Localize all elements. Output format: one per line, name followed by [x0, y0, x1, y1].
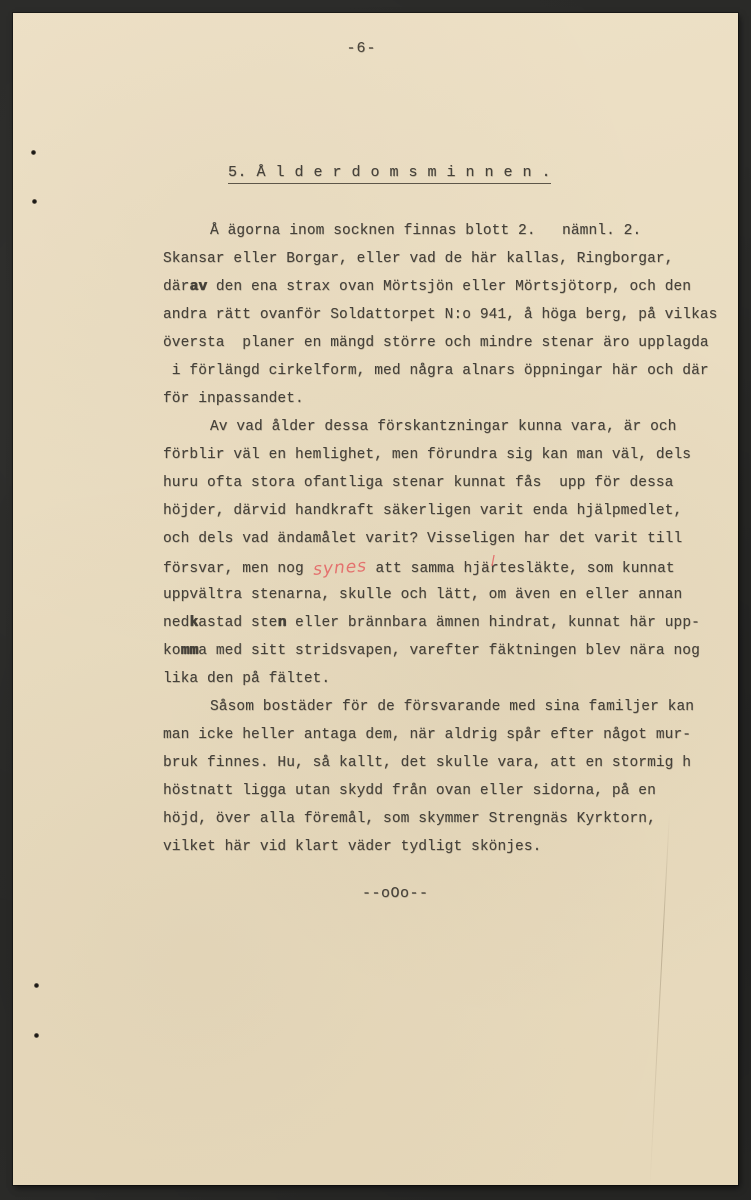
typed-text: förblir väl en hemlighet, men förundra s…: [163, 447, 691, 463]
typed-line: Av vad ålder dessa förskantzningar kunna…: [163, 413, 723, 441]
typed-text: andra rätt ovanför Soldattorpet N:o 941,…: [163, 307, 718, 323]
typed-line: bruk finnes. Hu, så kallt, det skulle va…: [163, 749, 723, 777]
typed-text: astad ste: [198, 615, 277, 631]
typed-text: av: [189, 279, 207, 295]
typed-line: höstnatt ligga utan skydd från ovan elle…: [163, 777, 723, 805]
typed-line: höjd, över alla föremål, som skymmer Str…: [163, 805, 723, 833]
typed-line: förblir väl en hemlighet, men förundra s…: [163, 441, 723, 469]
typed-line: i förlängd cirkelform, med några alnars …: [163, 357, 723, 385]
typed-line: Skansar eller Borgar, eller vad de här k…: [163, 245, 723, 273]
typed-line: andra rätt ovanför Soldattorpet N:o 941,…: [163, 301, 723, 329]
paper-crease: [649, 813, 670, 1193]
typed-text: k: [189, 615, 198, 631]
typed-line: Såsom bostäder för de försvarande med si…: [163, 693, 723, 721]
typed-text: höjder, därvid handkraft säkerligen vari…: [163, 503, 682, 519]
typed-text: där: [163, 279, 189, 295]
ink-dot: [34, 983, 39, 988]
typed-text: eller brännbara ämnen hindrat, kunnat hä…: [286, 615, 700, 631]
typed-line: och dels vad ändamålet varit? Visseligen…: [163, 525, 723, 553]
typed-text: vilket här vid klart väder tydligt skönj…: [163, 839, 541, 855]
typed-text: a med sitt stridsvapen, varefter fäktnin…: [198, 643, 700, 659]
typed-text: tesläkte, som kunnat: [499, 561, 675, 577]
typed-text: man icke heller antaga dem, när aldrig s…: [163, 727, 691, 743]
typed-line: uppvältra stenarna, skulle och lätt, om …: [163, 581, 723, 609]
typed-line: komma med sitt stridsvapen, varefter fäk…: [163, 637, 723, 665]
typed-text: ned: [163, 615, 189, 631]
typed-text: Såsom bostäder för de försvarande med si…: [210, 699, 694, 715]
ink-dot: [31, 150, 36, 155]
typed-line: försvar, men nog synes att samma hjärlte…: [163, 553, 723, 581]
typed-line: därav den ena strax ovan Mörtsjön eller …: [163, 273, 723, 301]
typed-text: för inpassandet.: [163, 391, 304, 407]
document-page: -6- 5. Å l d e r d o m s m i n n e n . Å…: [13, 13, 738, 1185]
typed-text: höjd, över alla föremål, som skymmer Str…: [163, 811, 656, 827]
typed-text: att samma hjä: [367, 561, 490, 577]
typed-line: lika den på fältet.: [163, 665, 723, 693]
typed-text: uppvältra stenarna, skulle och lätt, om …: [163, 587, 682, 603]
typed-line: höjder, därvid handkraft säkerligen vari…: [163, 497, 723, 525]
scan-background: { "colors": { "background": "#2a2a28", "…: [0, 0, 751, 1200]
typed-text: Skansar eller Borgar, eller vad de här k…: [163, 251, 673, 267]
typed-text: mm: [181, 643, 199, 659]
handwritten-annotation: synes: [312, 552, 368, 584]
typed-text: huru ofta stora ofantliga stenar kunnat …: [163, 475, 673, 491]
ink-dot: [34, 1033, 39, 1038]
typed-text: den ena strax ovan Mörtsjön eller Mörtsj…: [207, 279, 691, 295]
typed-text: rl: [490, 555, 499, 583]
typed-line: huru ofta stora ofantliga stenar kunnat …: [163, 469, 723, 497]
page-number: -6-: [0, 40, 724, 57]
typed-text: Å ägorna inom socknen finnas blott 2. nä…: [210, 223, 641, 239]
typed-line: man icke heller antaga dem, när aldrig s…: [163, 721, 723, 749]
typed-line: Å ägorna inom socknen finnas blott 2. nä…: [163, 217, 723, 245]
typed-text: lika den på fältet.: [163, 671, 330, 687]
ink-dot: [32, 199, 37, 204]
typed-text: översta planer en mängd större och mindr…: [163, 335, 709, 351]
typed-text: och dels vad ändamålet varit? Visseligen…: [163, 531, 682, 547]
typed-body: Å ägorna inom socknen finnas blott 2. nä…: [163, 217, 723, 861]
red-correction-mark: l: [491, 548, 495, 576]
section-heading: 5. Å l d e r d o m s m i n n e n .: [228, 164, 551, 184]
typed-text: Av vad ålder dessa förskantzningar kunna…: [210, 419, 676, 435]
end-mark: --oOo--: [362, 885, 429, 902]
typed-line: översta planer en mängd större och mindr…: [163, 329, 723, 357]
typed-line: vilket här vid klart väder tydligt skönj…: [163, 833, 723, 861]
typed-text: höstnatt ligga utan skydd från ovan elle…: [163, 783, 656, 799]
typed-line: för inpassandet.: [163, 385, 723, 413]
typed-text: bruk finnes. Hu, så kallt, det skulle va…: [163, 755, 691, 771]
typed-line: nedkastad sten eller brännbara ämnen hin…: [163, 609, 723, 637]
typed-text: ko: [163, 643, 181, 659]
typed-text: försvar, men nog: [163, 561, 313, 577]
typed-text: i förlängd cirkelform, med några alnars …: [163, 363, 709, 379]
typed-text: n: [277, 615, 286, 631]
